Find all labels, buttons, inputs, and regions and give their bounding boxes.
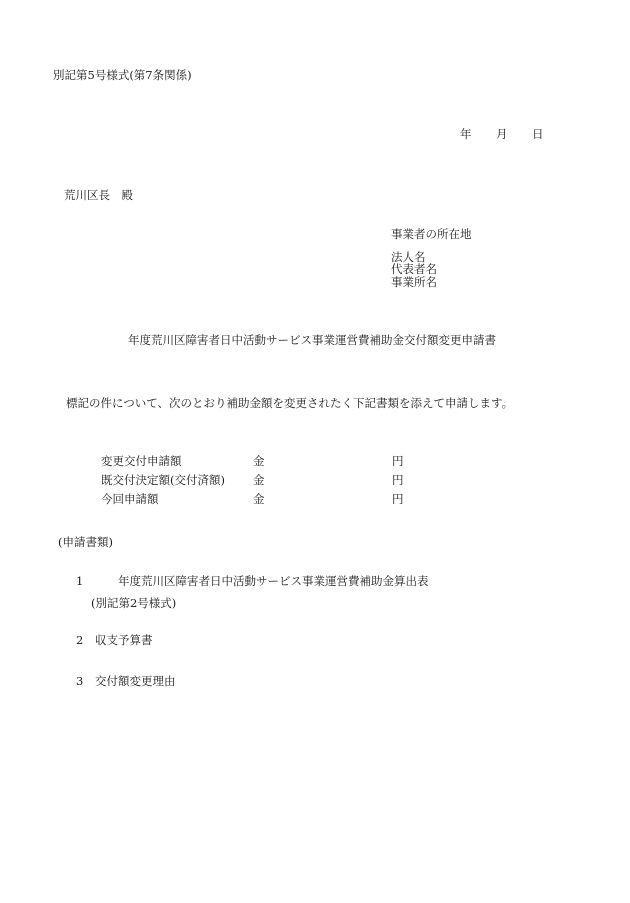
date-month-label: 月 [496, 127, 532, 141]
attachment-text: 交付額変更理由 [95, 674, 176, 688]
attachments-heading: (申請書類) [58, 535, 113, 549]
amount-prefix: 金 [253, 454, 265, 468]
attachment-subtext: (別記第2号様式) [91, 596, 176, 610]
date-line: 年月日 [460, 127, 544, 141]
date-day-label: 日 [532, 127, 544, 141]
attachment-number: 1 [76, 574, 118, 588]
attachment-text: 年度荒川区障害者日中活動サービス事業運営費補助金算出表 [118, 574, 429, 588]
amount-label: 既交付決定額(交付済額) [101, 473, 225, 487]
attachment-item: 3交付額変更理由 [76, 674, 176, 688]
form-number: 別記第5号様式(第7条関係) [53, 68, 192, 82]
amount-label: 変更交付申請額 [101, 454, 182, 468]
attachment-item: 2収支予算書 [76, 633, 153, 647]
applicant-block: 事業者の所在地 法人名 代表者名 事業所名 [391, 228, 472, 288]
applicant-office-label: 事業所名 [391, 276, 472, 289]
document-title: 年度荒川区障害者日中活動サービス事業運営費補助金交付額変更申請書 [128, 333, 496, 347]
applicant-location-label: 事業者の所在地 [391, 228, 472, 241]
amount-label: 今回申請額 [101, 492, 159, 506]
attachment-number: 2 [76, 633, 95, 647]
amount-unit: 円 [392, 473, 404, 487]
applicant-representative-label: 代表者名 [391, 263, 472, 276]
amount-prefix: 金 [253, 492, 265, 506]
body-text: 標記の件について、次のとおり補助金額を変更されたく下記書類を添えて申請します。 [66, 396, 513, 410]
attachment-number: 3 [76, 674, 95, 688]
amount-unit: 円 [392, 454, 404, 468]
amount-prefix: 金 [253, 473, 265, 487]
attachment-item: 1年度荒川区障害者日中活動サービス事業運営費補助金算出表 [76, 574, 429, 588]
amount-unit: 円 [392, 492, 404, 506]
attachment-text: 収支予算書 [95, 633, 153, 647]
addressee: 荒川区長 殿 [64, 188, 133, 202]
date-year-label: 年 [460, 127, 496, 141]
